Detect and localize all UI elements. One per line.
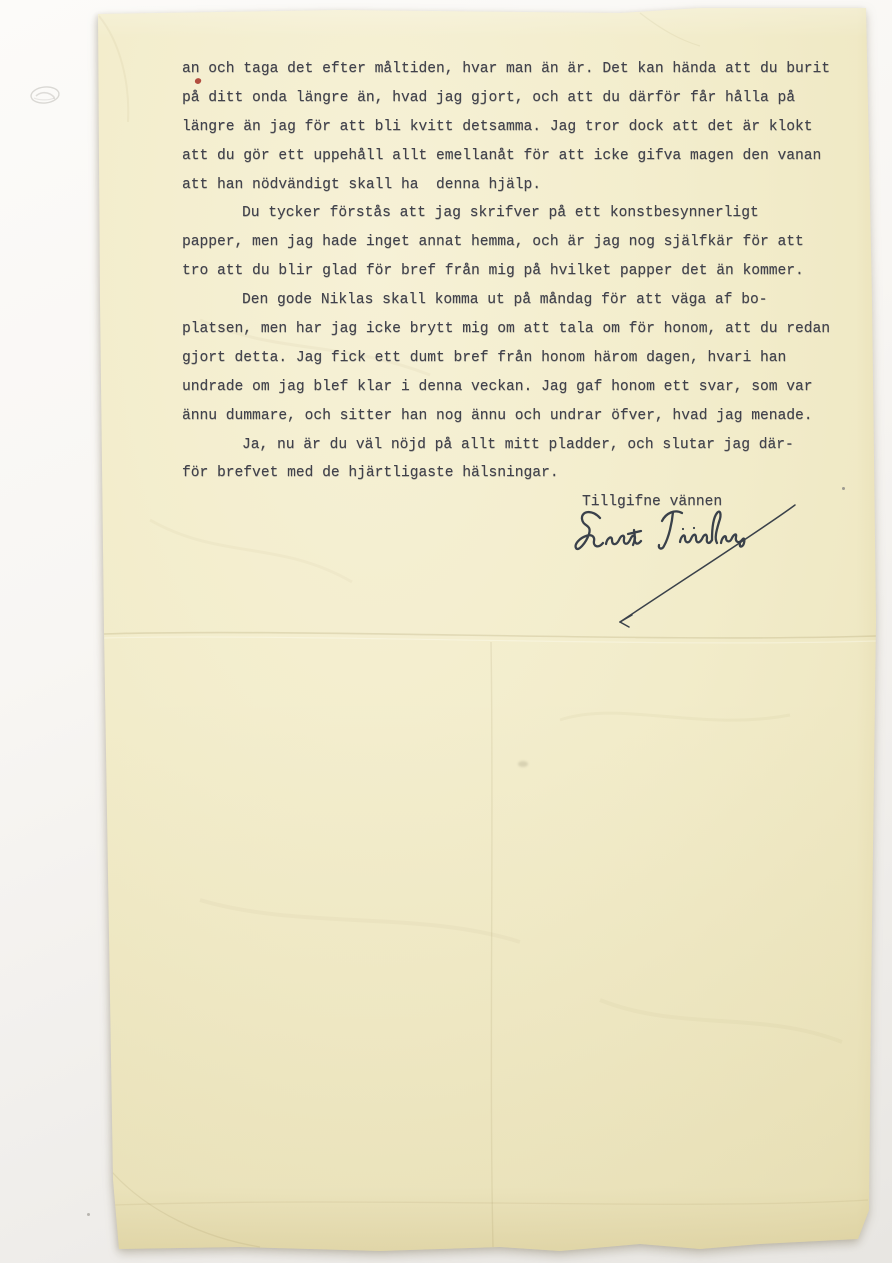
dust-speck xyxy=(518,761,528,767)
stamp-smudge xyxy=(28,84,62,107)
letter-line: platsen, men har jag icke brytt mig om a… xyxy=(182,315,862,344)
letter-page-wrap: an och taga det efter måltiden, hvar man… xyxy=(0,0,892,1263)
paragraph: Den gode Niklas skall komma ut på måndag… xyxy=(182,286,862,430)
signature: Knut Trimber xyxy=(562,496,814,636)
letter-line: Den gode Niklas skall komma ut på måndag… xyxy=(182,286,862,315)
letter-line: an och taga det efter måltiden, hvar man… xyxy=(182,55,862,84)
stamp-smudge-outline xyxy=(30,86,60,105)
letter-line: Du tycker förstås att jag skrifver på et… xyxy=(182,199,862,228)
scan-background: an och taga det efter måltiden, hvar man… xyxy=(0,0,892,1263)
letter-line: tro att du blir glad för bref från mig p… xyxy=(182,257,862,286)
letter-line: för brefvet med de hjärtligaste hälsning… xyxy=(182,459,862,488)
paragraph: Ja, nu är du väl nöjd på allt mitt pladd… xyxy=(182,431,862,489)
paragraph: an och taga det efter måltiden, hvar man… xyxy=(182,55,862,199)
letter-body: an och taga det efter måltiden, hvar man… xyxy=(182,55,862,517)
letter-line: papper, men jag hade inget annat hemma, … xyxy=(182,228,862,257)
signature-strokes xyxy=(576,511,745,549)
signature-flourish xyxy=(620,505,795,627)
paragraph: Du tycker förstås att jag skrifver på et… xyxy=(182,199,862,286)
dust-speck xyxy=(842,487,845,490)
letter-line: längre än jag för att bli kvitt detsamma… xyxy=(182,113,862,142)
letter-line: Ja, nu är du väl nöjd på allt mitt pladd… xyxy=(182,431,862,460)
letter-line: undrade om jag blef klar i denna veckan.… xyxy=(182,373,862,402)
letter-line: att du gör ett uppehåll allt emellanåt f… xyxy=(182,142,862,171)
letter-line: på ditt onda längre än, hvad jag gjort, … xyxy=(182,84,862,113)
letter-line: att han nödvändigt skall ha denna hjälp. xyxy=(182,171,862,200)
letter-line: gjort detta. Jag fick ett dumt bref från… xyxy=(182,344,862,373)
stamp-smudge-scribble xyxy=(34,98,54,100)
letter-line: ännu dummare, och sitter han nog ännu oc… xyxy=(182,402,862,431)
stamp-smudge-scribble xyxy=(36,93,54,99)
dust-speck xyxy=(87,1213,90,1216)
